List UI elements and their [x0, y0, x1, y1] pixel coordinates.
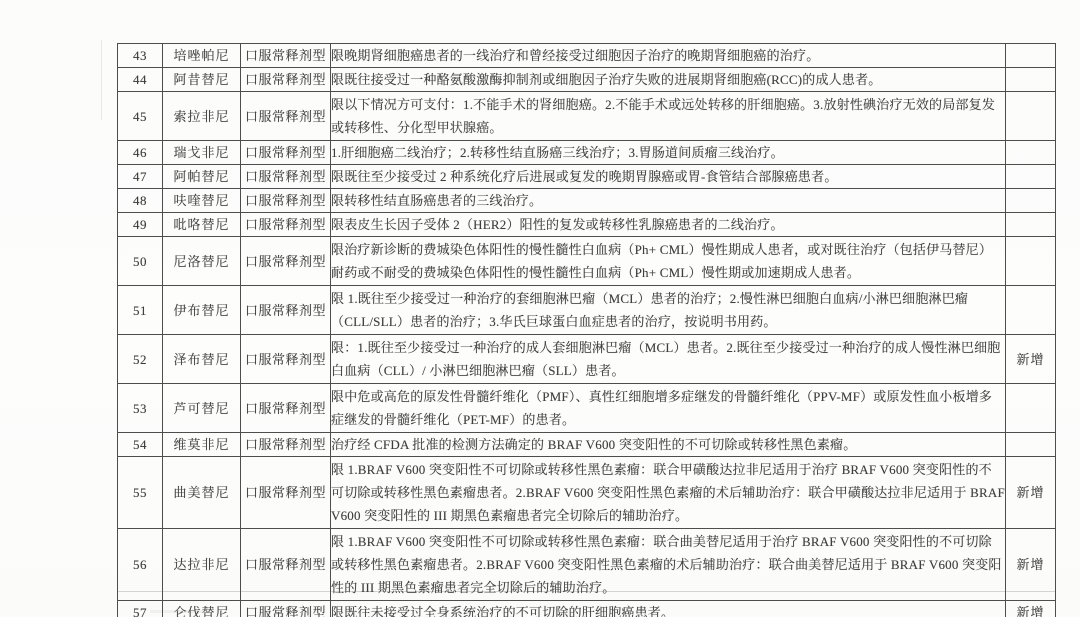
drug-name-cell: 芦可替尼 — [163, 384, 241, 433]
dosage-form-cell: 口服常释剂型 — [241, 601, 331, 617]
drug-name-cell: 曲美替尼 — [163, 457, 241, 529]
payment-scope-cell: 限既往至少接受过 2 种系统化疗后进展或复发的晚期胃腺癌或胃-食管结合部腺癌患者… — [331, 165, 1006, 189]
row-number-cell: 46 — [118, 141, 163, 165]
new-flag-cell: 新增 — [1006, 601, 1056, 617]
drug-name-cell: 达拉非尼 — [163, 529, 241, 601]
table-row: 51伊布替尼口服常释剂型限 1.既往至少接受过一种治疗的套细胞淋巴瘤（MCL）患… — [118, 286, 1056, 335]
new-flag-cell — [1006, 92, 1056, 141]
drug-reimbursement-table: 43培唑帕尼口服常释剂型限晚期肾细胞癌患者的一线治疗和曾经接受过细胞因子治疗的晚… — [117, 43, 1056, 617]
new-flag-cell: 新增 — [1006, 335, 1056, 384]
drug-name-cell: 呋喹替尼 — [163, 189, 241, 213]
table-row: 45索拉非尼口服常释剂型限以下情况方可支付：1.不能手术的肾细胞癌。2.不能手术… — [118, 92, 1056, 141]
row-number-cell: 51 — [118, 286, 163, 335]
table-row: 55曲美替尼口服常释剂型限 1.BRAF V600 突变阳性不可切除或转移性黑色… — [118, 457, 1056, 529]
table-row: 47阿帕替尼口服常释剂型限既往至少接受过 2 种系统化疗后进展或复发的晚期胃腺癌… — [118, 165, 1056, 189]
dosage-form-cell: 口服常释剂型 — [241, 189, 331, 213]
new-flag-cell: 新增 — [1006, 457, 1056, 529]
row-number-cell: 45 — [118, 92, 163, 141]
dosage-form-cell: 口服常释剂型 — [241, 529, 331, 601]
scan-smudge-artifact — [150, 610, 210, 613]
dosage-form-cell: 口服常释剂型 — [241, 92, 331, 141]
new-flag-cell — [1006, 141, 1056, 165]
row-number-cell: 47 — [118, 165, 163, 189]
row-number-cell: 44 — [118, 68, 163, 92]
table-row: 52泽布替尼口服常释剂型限：1.既往至少接受过一种治疗的成人套细胞淋巴瘤（MCL… — [118, 335, 1056, 384]
payment-scope-cell: 限 1.BRAF V600 突变阳性不可切除或转移性黑色素瘤：联合甲磺酸达拉非尼… — [331, 457, 1006, 529]
drug-name-cell: 仑伐替尼 — [163, 601, 241, 617]
table-row: 56达拉非尼口服常释剂型限 1.BRAF V600 突变阳性不可切除或转移性黑色… — [118, 529, 1056, 601]
row-number-cell: 49 — [118, 213, 163, 237]
table-row: 54维莫非尼口服常释剂型治疗经 CFDA 批准的检测方法确定的 BRAF V60… — [118, 433, 1056, 457]
new-flag-cell — [1006, 384, 1056, 433]
dosage-form-cell: 口服常释剂型 — [241, 457, 331, 529]
drug-name-cell: 吡咯替尼 — [163, 213, 241, 237]
payment-scope-cell: 限晚期肾细胞癌患者的一线治疗和曾经接受过细胞因子治疗的晚期肾细胞癌的治疗。 — [331, 44, 1006, 68]
row-number-cell: 55 — [118, 457, 163, 529]
new-flag-cell — [1006, 286, 1056, 335]
row-number-cell: 50 — [118, 237, 163, 286]
row-number-cell: 48 — [118, 189, 163, 213]
payment-scope-cell: 限 1.BRAF V600 突变阳性不可切除或转移性黑色素瘤：联合曲美替尼适用于… — [331, 529, 1006, 601]
drug-name-cell: 维莫非尼 — [163, 433, 241, 457]
dosage-form-cell: 口服常释剂型 — [241, 165, 331, 189]
new-flag-cell — [1006, 165, 1056, 189]
payment-scope-cell: 限既往未接受过全身系统治疗的不可切除的肝细胞癌患者。 — [331, 601, 1006, 617]
table-row: 50尼洛替尼口服常释剂型限治疗新诊断的费城染色体阳性的慢性髓性白血病（Ph+ C… — [118, 237, 1056, 286]
table-row: 46瑞戈非尼口服常释剂型1.肝细胞癌二线治疗；2.转移性结直肠癌三线治疗；3.胃… — [118, 141, 1056, 165]
dosage-form-cell: 口服常释剂型 — [241, 286, 331, 335]
dosage-form-cell: 口服常释剂型 — [241, 141, 331, 165]
payment-scope-cell: 限以下情况方可支付：1.不能手术的肾细胞癌。2.不能手术或远处转移的肝细胞癌。3… — [331, 92, 1006, 141]
drug-name-cell: 阿帕替尼 — [163, 165, 241, 189]
dosage-form-cell: 口服常释剂型 — [241, 237, 331, 286]
drug-table-body: 43培唑帕尼口服常释剂型限晚期肾细胞癌患者的一线治疗和曾经接受过细胞因子治疗的晚… — [118, 44, 1056, 617]
payment-scope-cell: 治疗经 CFDA 批准的检测方法确定的 BRAF V600 突变阳性的不可切除或… — [331, 433, 1006, 457]
new-flag-cell — [1006, 237, 1056, 286]
payment-scope-cell: 1.肝细胞癌二线治疗；2.转移性结直肠癌三线治疗；3.胃肠道间质瘤三线治疗。 — [331, 141, 1006, 165]
table-row: 48呋喹替尼口服常释剂型限转移性结直肠癌患者的三线治疗。 — [118, 189, 1056, 213]
drug-name-cell: 索拉非尼 — [163, 92, 241, 141]
drug-name-cell: 尼洛替尼 — [163, 237, 241, 286]
drug-name-cell: 伊布替尼 — [163, 286, 241, 335]
dosage-form-cell: 口服常释剂型 — [241, 335, 331, 384]
next-row-faint-line — [117, 591, 1055, 592]
row-number-cell: 52 — [118, 335, 163, 384]
scanned-document-page: 43培唑帕尼口服常释剂型限晚期肾细胞癌患者的一线治疗和曾经接受过细胞因子治疗的晚… — [0, 0, 1080, 617]
row-number-cell: 54 — [118, 433, 163, 457]
drug-name-cell: 泽布替尼 — [163, 335, 241, 384]
new-flag-cell: 新增 — [1006, 529, 1056, 601]
dosage-form-cell: 口服常释剂型 — [241, 68, 331, 92]
payment-scope-cell: 限转移性结直肠癌患者的三线治疗。 — [331, 189, 1006, 213]
dosage-form-cell: 口服常释剂型 — [241, 213, 331, 237]
new-flag-cell — [1006, 213, 1056, 237]
new-flag-cell — [1006, 44, 1056, 68]
payment-scope-cell: 限表皮生长因子受体 2（HER2）阳性的复发或转移性乳腺癌患者的二线治疗。 — [331, 213, 1006, 237]
table-row: 44阿昔替尼口服常释剂型限既往接受过一种酪氨酸激酶抑制剂或细胞因子治疗失败的进展… — [118, 68, 1056, 92]
drug-name-cell: 培唑帕尼 — [163, 44, 241, 68]
row-number-cell: 57 — [118, 601, 163, 617]
row-number-cell: 43 — [118, 44, 163, 68]
new-flag-cell — [1006, 189, 1056, 213]
payment-scope-cell: 限：1.既往至少接受过一种治疗的成人套细胞淋巴瘤（MCL）患者。2.既往至少接受… — [331, 335, 1006, 384]
drug-name-cell: 阿昔替尼 — [163, 68, 241, 92]
dosage-form-cell: 口服常释剂型 — [241, 433, 331, 457]
payment-scope-cell: 限中危或高危的原发性骨髓纤维化（PMF）、真性红细胞增多症继发的骨髓纤维化（PP… — [331, 384, 1006, 433]
row-number-cell: 56 — [118, 529, 163, 601]
row-number-cell: 53 — [118, 384, 163, 433]
dosage-form-cell: 口服常释剂型 — [241, 384, 331, 433]
payment-scope-cell: 限 1.既往至少接受过一种治疗的套细胞淋巴瘤（MCL）患者的治疗；2.慢性淋巴细… — [331, 286, 1006, 335]
table-row: 57仑伐替尼口服常释剂型限既往未接受过全身系统治疗的不可切除的肝细胞癌患者。新增 — [118, 601, 1056, 617]
table-row: 49吡咯替尼口服常释剂型限表皮生长因子受体 2（HER2）阳性的复发或转移性乳腺… — [118, 213, 1056, 237]
table-row: 43培唑帕尼口服常释剂型限晚期肾细胞癌患者的一线治疗和曾经接受过细胞因子治疗的晚… — [118, 44, 1056, 68]
dosage-form-cell: 口服常释剂型 — [241, 44, 331, 68]
new-flag-cell — [1006, 68, 1056, 92]
new-flag-cell — [1006, 433, 1056, 457]
scan-edge-artifact — [101, 40, 102, 120]
payment-scope-cell: 限治疗新诊断的费城染色体阳性的慢性髓性白血病（Ph+ CML）慢性期成人患者，或… — [331, 237, 1006, 286]
table-row: 53芦可替尼口服常释剂型限中危或高危的原发性骨髓纤维化（PMF）、真性红细胞增多… — [118, 384, 1056, 433]
drug-name-cell: 瑞戈非尼 — [163, 141, 241, 165]
payment-scope-cell: 限既往接受过一种酪氨酸激酶抑制剂或细胞因子治疗失败的进展期肾细胞癌(RCC)的成… — [331, 68, 1006, 92]
